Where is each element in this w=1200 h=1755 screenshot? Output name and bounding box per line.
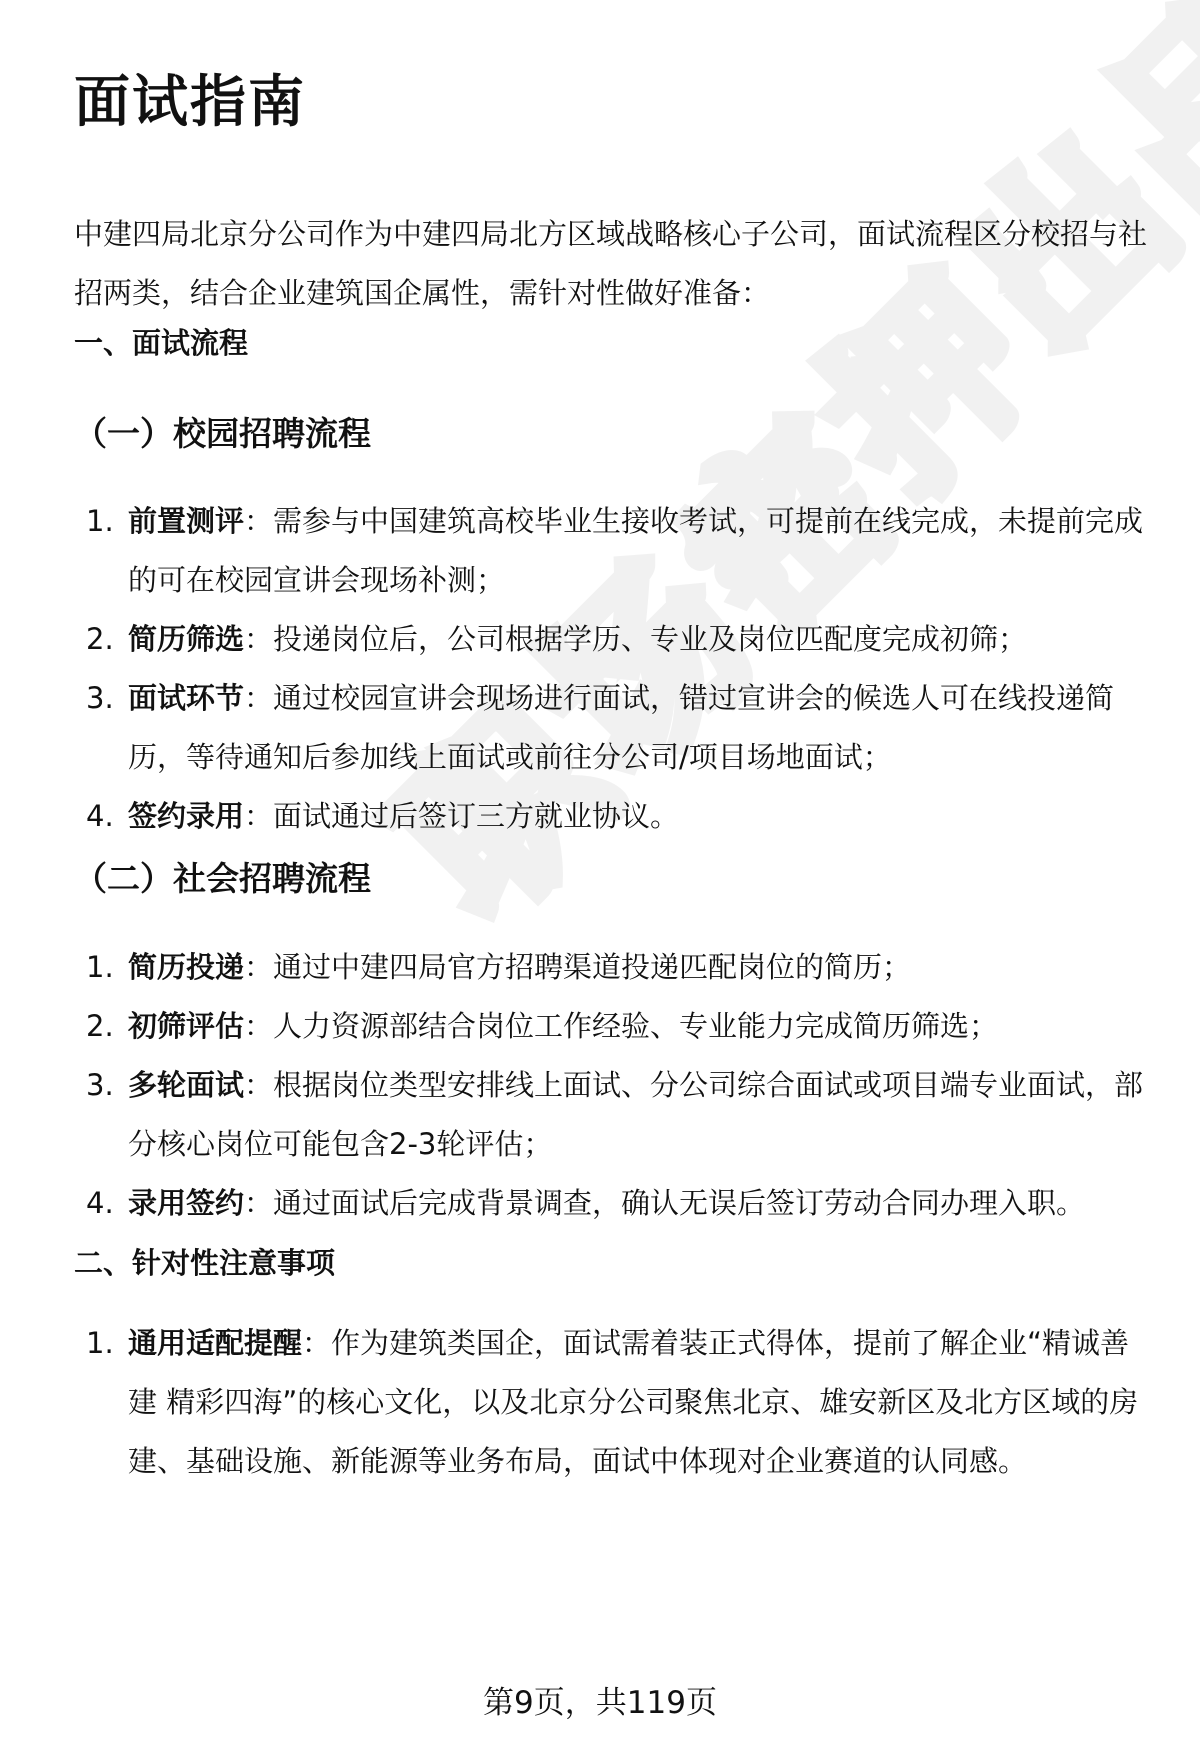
item-label: 录用签约	[128, 1186, 244, 1220]
item-label: 简历投递	[128, 950, 244, 984]
item-text: 投递岗位后，公司根据学历、专业及岗位匹配度完成初筛；	[273, 622, 1027, 656]
item-text: 需参与中国建筑高校毕业生接收考试，可提前在线完成，未提前完成的可在校园宣讲会现场…	[128, 504, 1143, 597]
subsection-heading-campus: （一）校园招聘流程	[74, 412, 371, 456]
item-label: 通用适配提醒	[128, 1326, 302, 1360]
campus-steps-list: 1.前置测评：需参与中国建筑高校毕业生接收考试，可提前在线完成，未提前完成的可在…	[74, 492, 1144, 846]
item-label: 面试环节	[128, 681, 244, 715]
item-label: 前置测评	[128, 504, 244, 538]
item-text: 通过中建四局官方招聘渠道投递匹配岗位的简历；	[273, 950, 911, 984]
social-steps-list: 1.简历投递：通过中建四局官方招聘渠道投递匹配岗位的简历； 2.初筛评估：人力资…	[74, 938, 1144, 1233]
page-number-footer: 第9页，共119页	[0, 1683, 1200, 1723]
list-item: 4.录用签约：通过面试后完成背景调查，确认无误后签订劳动合同办理入职。	[74, 1174, 1144, 1233]
list-item: 1.简历投递：通过中建四局官方招聘渠道投递匹配岗位的简历；	[74, 938, 1144, 997]
list-item: 2.简历筛选：投递岗位后，公司根据学历、专业及岗位匹配度完成初筛；	[74, 610, 1144, 669]
item-text: 根据岗位类型安排线上面试、分公司综合面试或项目端专业面试，部分核心岗位可能包含2…	[128, 1068, 1143, 1161]
subsection-heading-social: （二）社会招聘流程	[74, 857, 371, 901]
list-item: 4.签约录用：面试通过后签订三方就业协议。	[74, 787, 1144, 846]
item-label: 初筛评估	[128, 1009, 244, 1043]
list-item: 3.面试环节：通过校园宣讲会现场进行面试，错过宣讲会的候选人可在线投递简历，等待…	[74, 669, 1144, 787]
item-text: 通过面试后完成背景调查，确认无误后签订劳动合同办理入职。	[273, 1186, 1085, 1220]
list-item: 2.初筛评估：人力资源部结合岗位工作经验、专业能力完成简历筛选；	[74, 997, 1144, 1056]
notes-list: 1.通用适配提醒：作为建筑类国企，面试需着装正式得体，提前了解企业“精诚善建 精…	[74, 1314, 1144, 1491]
page-title: 面试指南	[74, 68, 306, 138]
item-text: 面试通过后签订三方就业协议。	[273, 799, 679, 833]
item-label: 简历筛选	[128, 622, 244, 656]
list-item: 1.通用适配提醒：作为建筑类国企，面试需着装正式得体，提前了解企业“精诚善建 精…	[74, 1314, 1144, 1491]
section-heading-interview-process: 一、面试流程	[74, 323, 248, 363]
item-label: 多轮面试	[128, 1068, 244, 1102]
intro-paragraph: 中建四局北京分公司作为中建四局北方区域战略核心子公司，面试流程区分校招与社招两类…	[74, 205, 1154, 323]
list-item: 1.前置测评：需参与中国建筑高校毕业生接收考试，可提前在线完成，未提前完成的可在…	[74, 492, 1144, 610]
list-item: 3.多轮面试：根据岗位类型安排线上面试、分公司综合面试或项目端专业面试，部分核心…	[74, 1056, 1144, 1174]
item-text: 人力资源部结合岗位工作经验、专业能力完成简历筛选；	[273, 1009, 998, 1043]
section-heading-notes: 二、针对性注意事项	[74, 1243, 335, 1283]
item-label: 签约录用	[128, 799, 244, 833]
item-text: 通过校园宣讲会现场进行面试，错过宣讲会的候选人可在线投递简历，等待通知后参加线上…	[128, 681, 1114, 774]
